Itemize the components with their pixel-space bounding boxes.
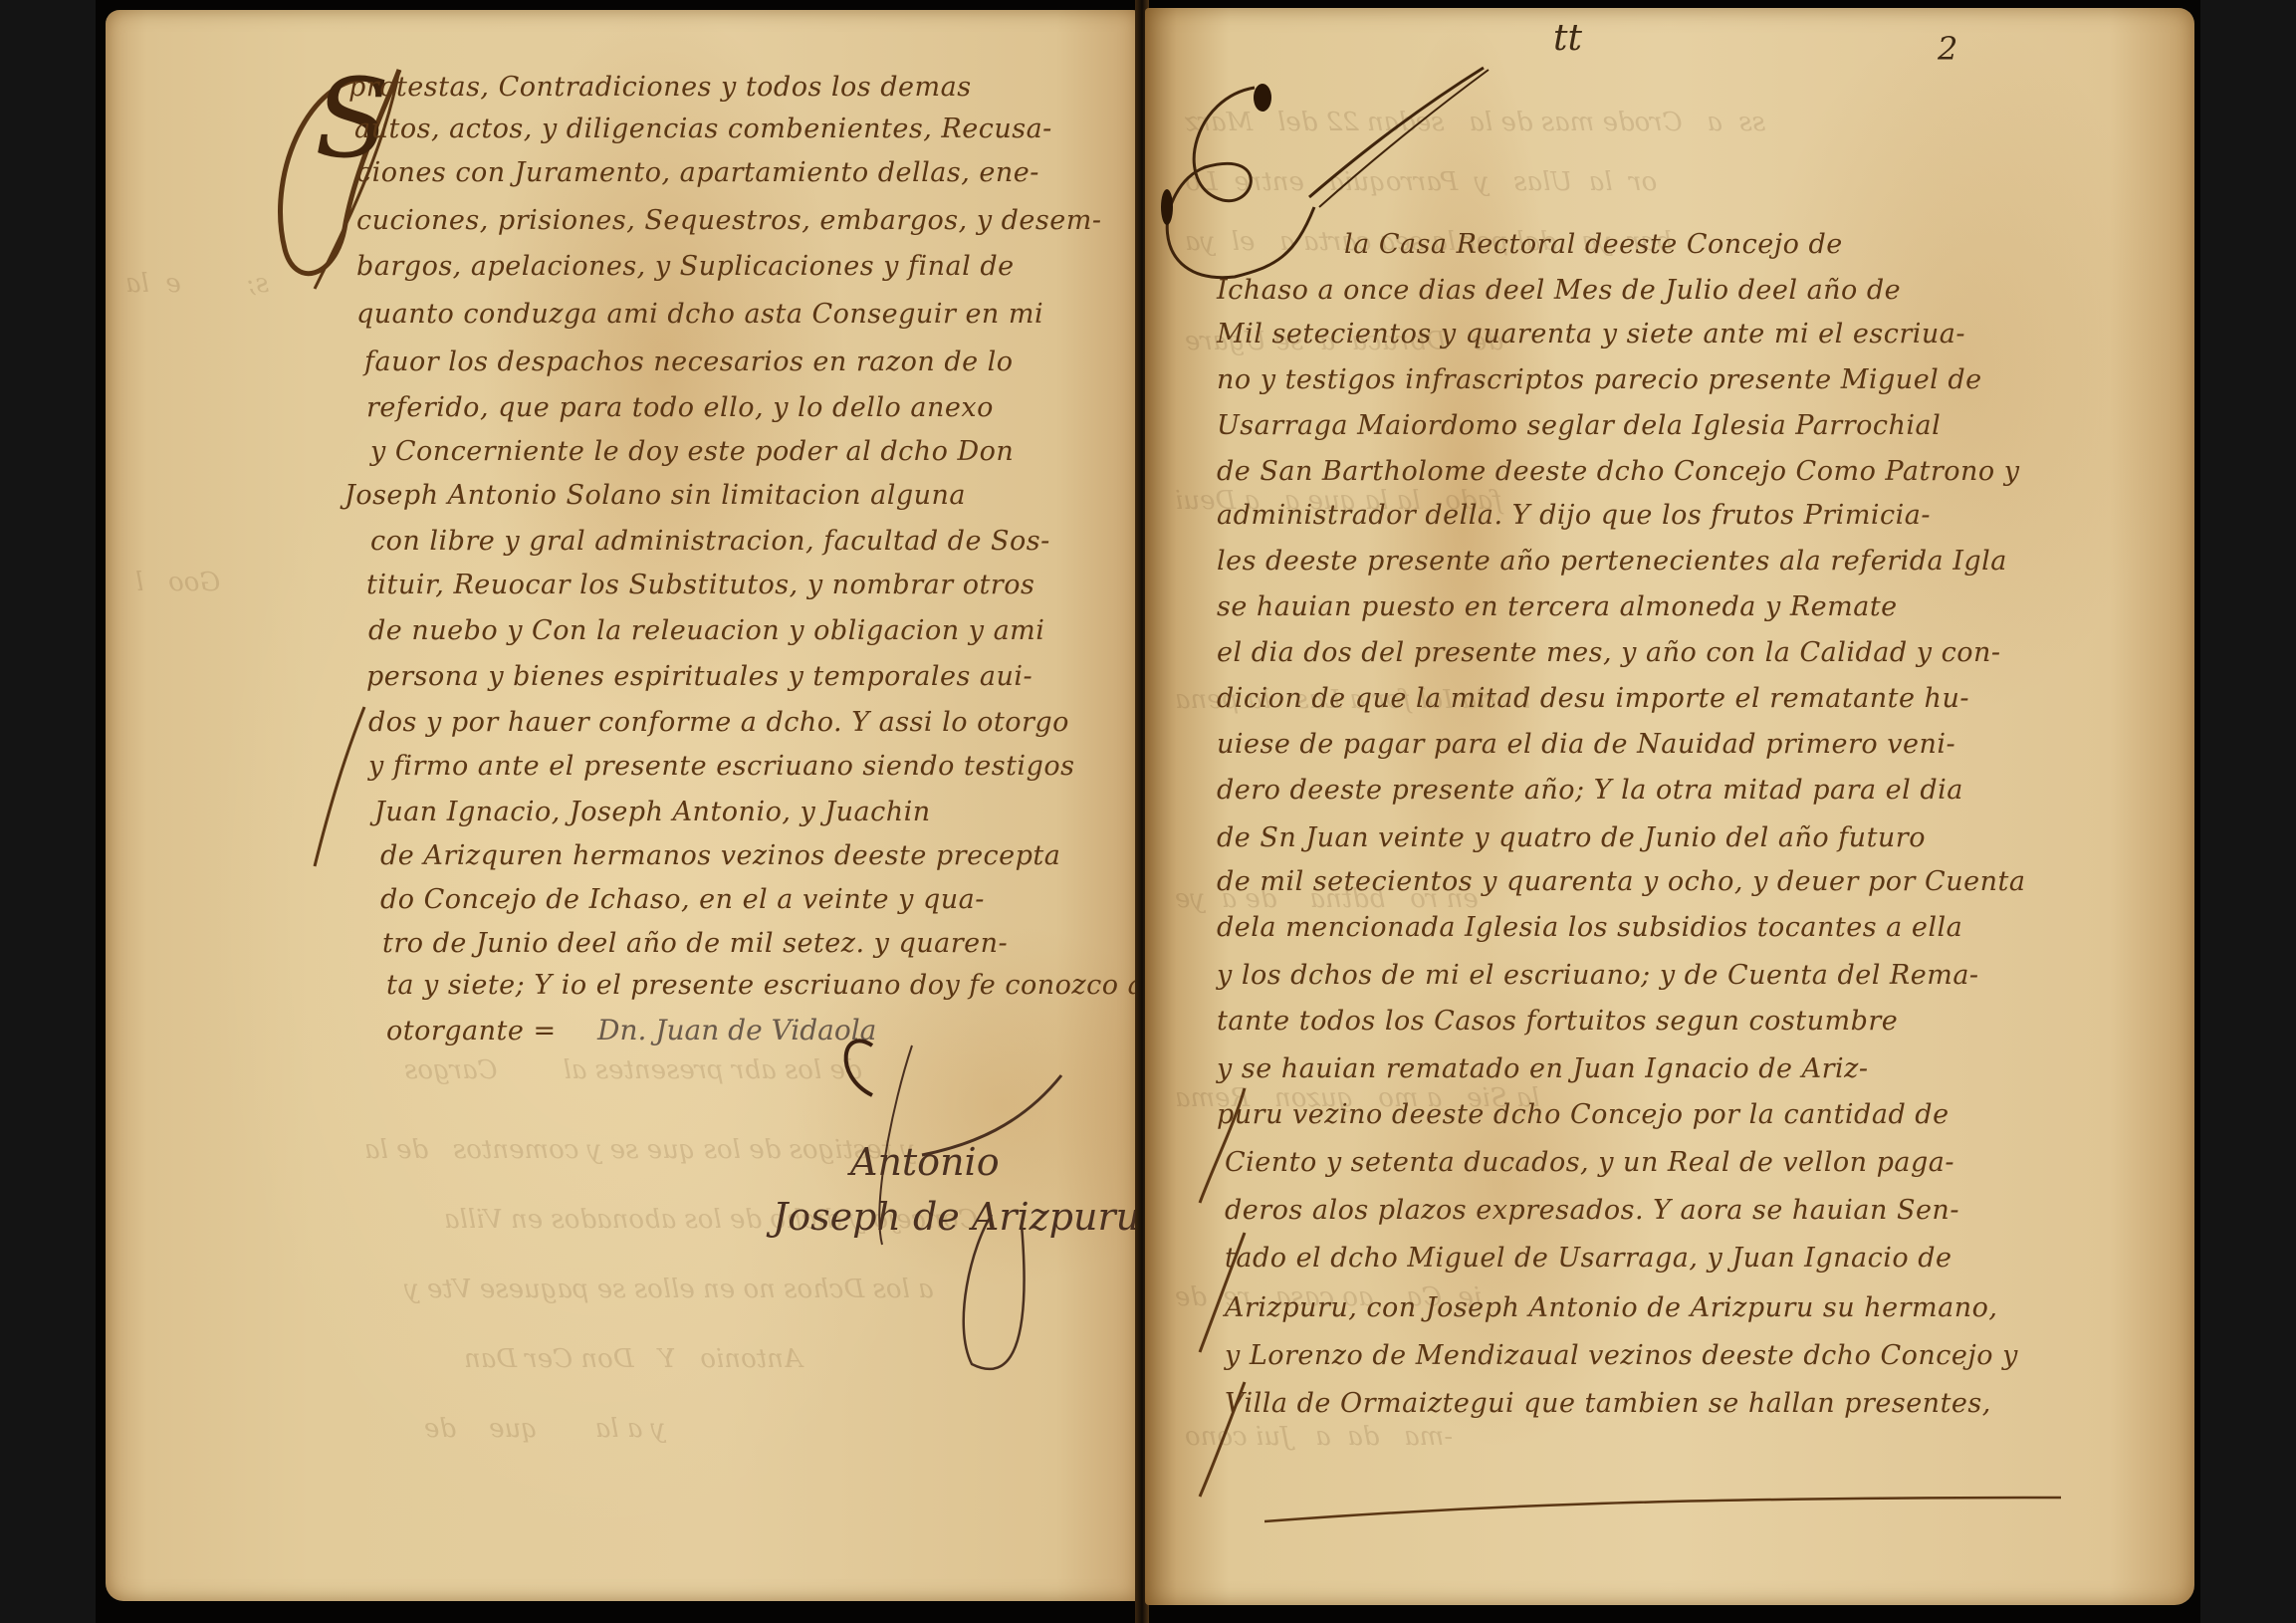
left-line-20: tro de Junio deel año de mil setez. y qu…: [382, 928, 1008, 959]
left-line-11: con libre y gral administracion, faculta…: [370, 526, 1050, 557]
initial-en-flourish: [1145, 58, 1523, 297]
right-line-6: de San Bartholome deeste dcho Concejo Co…: [1217, 456, 2019, 487]
left-line-10: Joseph Antonio Solano sin limitacion alg…: [344, 480, 966, 511]
left-line-12: tituir, Reuocar los Substitutos, y nombr…: [366, 570, 1034, 600]
left-line-19: do Concejo de Ichaso, en el a veinte y q…: [380, 884, 985, 915]
left-line-2: autos, actos, y diligencias combenientes…: [354, 114, 1052, 144]
left-line-5: bargos, apelaciones, y Suplicaciones y f…: [356, 251, 1015, 282]
right-line-7: administrador della. Y dijo que los frut…: [1217, 500, 1931, 531]
left-page: s; e la Goo l de los abr presentes al Ca…: [106, 10, 1139, 1601]
left-line-13: de nuebo y Con la releuacion y obligacio…: [368, 615, 1044, 646]
right-line-14: de Sn Juan veinte y quatro de Junio del …: [1217, 822, 1926, 853]
right-line-15: de mil setecientos y quarenta y ocho, y …: [1217, 866, 2025, 897]
left-line-7: fauor los despachos necesarios en razon …: [364, 347, 1014, 377]
signature-rubric: [723, 1006, 1139, 1404]
right-line-5: Usarraga Maiordomo seglar dela Iglesia P…: [1217, 410, 1941, 441]
right-line-21: Ciento y setenta ducados, y un Real de v…: [1225, 1147, 1954, 1178]
right-line-16: dela mencionada Iglesia los subsidios to…: [1217, 912, 1962, 943]
right-line-1: la Casa Rectoral deeste Concejo de: [1344, 229, 1843, 260]
left-line-17: Juan Ignacio, Joseph Antonio, y Juachin: [374, 797, 931, 827]
left-line-18: de Arizquren hermanos vezinos deeste pre…: [380, 840, 1060, 871]
margin-flourish: [305, 697, 374, 876]
left-line-8: referido, que para todo ello, y lo dello…: [366, 392, 994, 423]
left-line-22: otorgante =: [386, 1016, 557, 1046]
right-line-22: deros alos plazos expresados. Y aora se …: [1225, 1195, 1959, 1226]
right-line-12: uiese de pagar para el dia de Nauidad pr…: [1217, 729, 1955, 760]
right-line-10: el dia dos del presente mes, y año con l…: [1217, 637, 2000, 668]
header-mark: tt: [1553, 18, 1582, 59]
left-line-16: y firmo ante el presente escriuano siend…: [368, 751, 1074, 782]
left-line-4: cuciones, prisiones, Sequestros, embargo…: [356, 205, 1101, 236]
right-line-4: no y testigos infrascriptos parecio pres…: [1217, 364, 1982, 395]
right-line-2: Ichaso a once dias deel Mes de Julio dee…: [1217, 275, 1901, 306]
right-line-18: tante todos los Casos fortuitos segun co…: [1217, 1006, 1898, 1037]
right-line-11: dicion de que la mitad desu importe el r…: [1217, 683, 1969, 714]
right-line-13: dero deeste presente año; Y la otra mita…: [1217, 775, 1963, 806]
right-line-19: y se hauian rematado en Juan Ignacio de …: [1217, 1053, 1868, 1084]
right-line-17: y los dchos de mi el escriuano; y de Cue…: [1217, 960, 1979, 991]
left-line-3: ciones con Juramento, apartamiento della…: [356, 157, 1039, 188]
bleed-through-text: y a la que de: [424, 1414, 665, 1444]
right-line-26: Villa de Ormaiztegui que tambien se hall…: [1225, 1388, 1991, 1419]
left-line-14: persona y bienes espirituales y temporal…: [366, 661, 1033, 692]
bleed-through-text: Goo l: [135, 568, 220, 597]
closing-rule: [1264, 1492, 2081, 1531]
left-line-15: dos y por hauer conforme a dcho. Y assi …: [368, 707, 1069, 738]
left-line-6: quanto conduzga ami dcho asta Conseguir …: [356, 299, 1043, 330]
right-line-20: puru vezino deeste dcho Concejo por la c…: [1217, 1099, 1950, 1130]
right-line-3: Mil setecientos y quarenta y siete ante …: [1217, 319, 1965, 349]
margin-flourish: [1185, 1083, 1255, 1502]
left-line-1: protestas, Contradiciones y todos los de…: [348, 72, 972, 103]
right-line-24: Arizpuru, con Joseph Antonio de Arizpuru…: [1225, 1292, 1997, 1323]
left-line-21: ta y siete; Y io el presente escriuano d…: [386, 970, 1139, 1001]
right-line-25: y Lorenzo de Mendizaual vezinos deeste d…: [1225, 1340, 2018, 1371]
right-page: ss a Crode mas de la sedan 22 del Marz o…: [1145, 8, 2194, 1605]
folio-number: 2: [1938, 30, 1957, 68]
right-line-23: tado el dcho Miguel de Usarraga, y Juan …: [1225, 1243, 1952, 1274]
right-line-8: les deeste presente año pertenecientes a…: [1217, 546, 2007, 577]
right-line-9: se hauian puesto en tercera almoneda y R…: [1217, 591, 1898, 622]
left-line-9: y Concerniente le doy este poder al dcho…: [370, 436, 1014, 467]
